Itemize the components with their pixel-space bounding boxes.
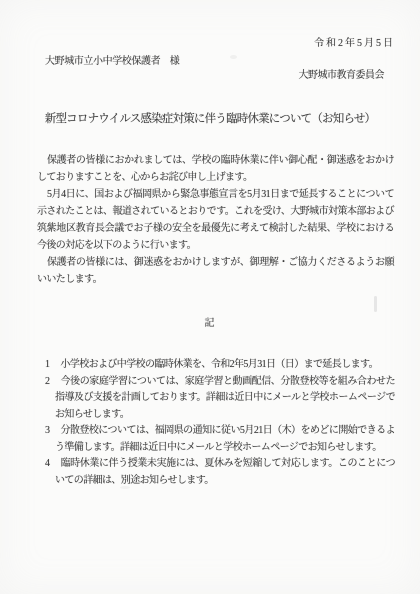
list-item: 2今後の家庭学習については、家庭学習と動画配信、分散登校等を組み合わせた指導及び… xyxy=(45,374,395,424)
letter-body: 保護者の皆様におかれましては、学校の臨時休業に伴い御心配・御迷惑をおかけしており… xyxy=(37,152,394,288)
notice-list: 1小学校および中学校の臨時休業を、令和2年5月31日（日）まで延長します。 2今… xyxy=(45,357,395,489)
body-paragraph: 保護者の皆様におかれましては、学校の臨時休業に伴い御心配・御迷惑をおかけしており… xyxy=(37,152,394,186)
body-paragraph: 5月4日に、国および福岡県から緊急事態宣言を5月31日まで延長することについて示… xyxy=(37,186,394,254)
document-date: 令和2年5月5日 xyxy=(314,34,395,49)
scanned-letter-page: 令和2年5月5日 大野城市立小中学校保護者 様 大野城市教育委員会 新型コロナウ… xyxy=(0,0,420,594)
list-item-text: 小学校および中学校の臨時休業を、令和2年5月31日（日）まで延長します。 xyxy=(60,359,378,370)
list-item: 1小学校および中学校の臨時休業を、令和2年5月31日（日）まで延長します。 xyxy=(45,357,395,374)
list-item: 3分散登校については、福岡県の通知に従い5月21日（木）をめどに開始できるよう準… xyxy=(45,423,395,456)
list-item-text: 臨時休業に伴う授業未実施には、夏休みを短縮して対応します。このことについての詳細… xyxy=(55,458,395,486)
list-item-text: 分散登校については、福岡県の通知に従い5月21日（木）をめどに開始できるよう準備… xyxy=(55,425,395,453)
list-item-number: 1 xyxy=(45,357,49,374)
scan-artifact xyxy=(374,296,377,312)
scan-artifact xyxy=(230,55,237,59)
record-marker: 記 xyxy=(0,314,420,329)
list-item-number: 3 xyxy=(45,423,49,440)
scan-artifact xyxy=(120,486,130,489)
body-paragraph: 保護者の皆様には、御迷惑をおかけしますが、御理解・ご協力くださるようお願いいたし… xyxy=(37,254,394,288)
document-title: 新型コロナウイルス感染症対策に伴う臨時休業について（お知らせ） xyxy=(0,110,420,126)
sender-line: 大野城市教育委員会 xyxy=(299,66,385,81)
list-item-number: 4 xyxy=(45,456,49,473)
list-item: 4臨時休業に伴う授業未実施には、夏休みを短縮して対応します。このことについての詳… xyxy=(45,456,395,489)
list-item-number: 2 xyxy=(45,374,49,391)
addressee-line: 大野城市立小中学校保護者 様 xyxy=(45,52,179,67)
list-item-text: 今後の家庭学習については、家庭学習と動画配信、分散登校等を組み合わせた指導及び支… xyxy=(55,376,395,420)
